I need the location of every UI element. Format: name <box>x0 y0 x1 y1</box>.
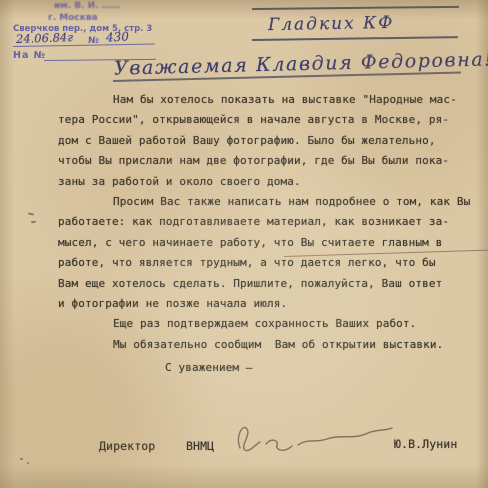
edge-speck <box>28 212 34 215</box>
signer-org: ВНМЦ <box>186 439 214 453</box>
body-line: и фотографии не позже начала июля. <box>58 294 468 314</box>
addressee-under-rule <box>252 36 458 40</box>
signer-name: Ю.В.Лунин <box>394 437 457 451</box>
stamp-reply-label: На № <box>13 50 46 61</box>
scanned-letter-page: им. В. И. …… г. Москва Сверчков пер., до… <box>0 0 488 488</box>
body-line: тера России", открывающейся в начале авг… <box>58 110 468 130</box>
closing-line: С уважением – <box>165 361 253 374</box>
body-line: Нам бы хотелось показать на выставке "На… <box>58 90 468 110</box>
handwritten-signature <box>232 416 397 458</box>
body-line: дом с Вашей работой Вашу фотографию. Был… <box>58 131 468 151</box>
edge-speck <box>20 458 23 460</box>
stamp-city-line: г. Москва <box>48 13 98 23</box>
signer-position: Директор <box>99 439 155 453</box>
body-line: Мы обязательно сообщим Вам об открытии в… <box>58 335 468 355</box>
body-line: работаете: как подготавливаете материал,… <box>58 212 468 232</box>
addressee-handwritten: Гладких КФ <box>268 13 395 35</box>
body-line: Просим Вас также написать нам подробнее … <box>58 192 468 212</box>
body-line: чтобы Вы прислали нам две фотографии, гд… <box>58 151 468 171</box>
stamp-org-line: им. В. И. …… <box>54 1 120 11</box>
body-line: мысел, с чего начинаете работу, что Вы с… <box>58 233 468 253</box>
body-line: Вам еще хотелось сделать. Пришлите, пожа… <box>58 274 468 294</box>
letter-body: Нам бы хотелось показать на выставке "На… <box>58 90 468 355</box>
stamp-number-handwritten: 430 <box>106 29 130 44</box>
body-line: Еще раз подтверждаем сохранность Ваших р… <box>58 314 468 334</box>
addressee-top-rule <box>252 6 459 10</box>
edge-speck <box>31 221 36 224</box>
body-line: заны за работой и около своего дома. <box>58 172 468 192</box>
stamp-date-handwritten: 24.06.84г <box>16 30 73 46</box>
edge-speck <box>27 462 29 464</box>
body-line: работе, что является трудным, а что дает… <box>58 253 468 273</box>
